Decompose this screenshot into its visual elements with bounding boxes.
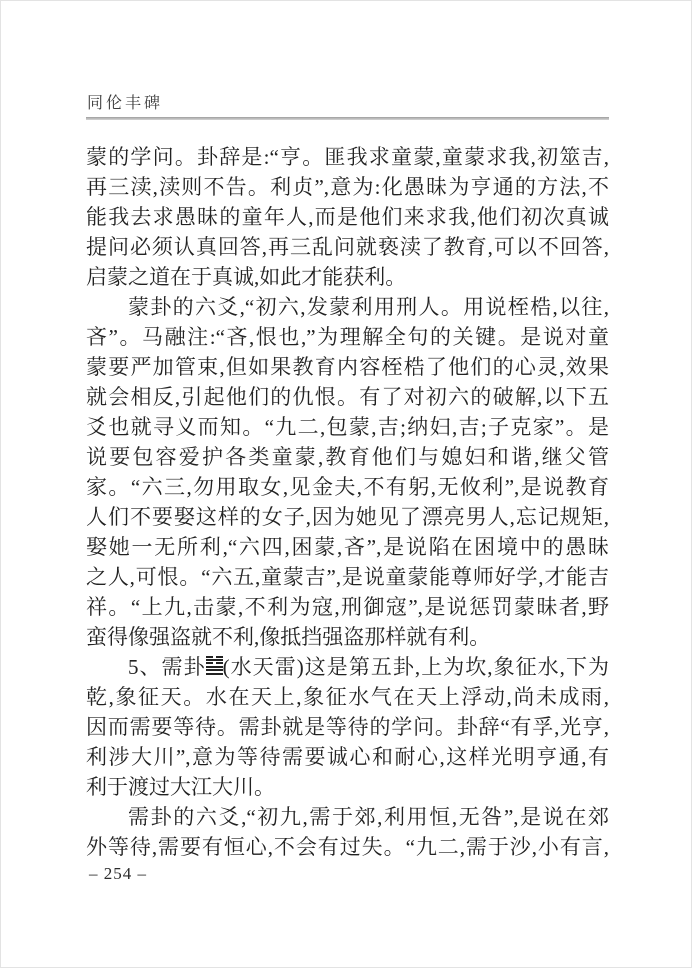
text-line: 启蒙之道在于真诚,如此才能获利。	[86, 262, 609, 292]
text-line: 人们不要娶这样的女子,因为她见了漂亮男人,忘记规矩,	[86, 502, 609, 532]
header-divider-rule	[86, 117, 609, 120]
text-line: 家。“六三,勿用取女,见金夫,不有躬,无攸利”,是说教育	[86, 472, 609, 502]
text-line: 吝”。马融注:“吝,恨也,”为理解全句的关键。是说对童	[86, 322, 609, 352]
text-line: 之人,可恨。“六五,童蒙吉”,是说童蒙能尊师好学,才能吉	[86, 562, 609, 592]
book-page: 同伦丰碑 蒙的学问。卦辞是:“亨。匪我求童蒙,童蒙求我,初筮吉,再三渎,渎则不告…	[0, 0, 692, 968]
text-line: 祥。“上九,击蒙,不利为寇,刑御寇”,是说惩罚蒙昧者,野	[86, 592, 609, 622]
text-line: 说要包容爱护各类童蒙,教育他们与媳妇和谐,继父管	[86, 442, 609, 472]
text-line: 蒙卦的六爻,“初六,发蒙利用刑人。用说桎梏,以往,	[86, 292, 609, 322]
text-line: 外等待,需要有恒心,不会有过失。“九二,需于沙,小有言,	[86, 832, 609, 862]
text-line: 蛮得像强盗就不利,像抵挡强盗那样就有利。	[86, 622, 609, 652]
text-line: 蒙要严加管束,但如果教育内容桎梏了他们的心灵,效果	[86, 352, 609, 382]
text-line: 爻也就寻义而知。“九二,包蒙,吉;纳妇,吉;子克家”。是	[86, 412, 609, 442]
text-line: 利于渡过大江大川。	[86, 772, 609, 802]
text-line: 提问必须认真回答,再三乱问就亵渎了教育,可以不回答,	[86, 232, 609, 262]
body-text: 蒙的学问。卦辞是:“亨。匪我求童蒙,童蒙求我,初筮吉,再三渎,渎则不告。利贞”,…	[86, 142, 609, 862]
text-line: 5、需卦(水天雷)这是第五卦,上为坎,象征水,下为	[86, 652, 609, 682]
text-line: 需卦的六爻,“初九,需于郊,利用恒,无咎”,是说在郊	[86, 802, 609, 832]
text-line: 蒙的学问。卦辞是:“亨。匪我求童蒙,童蒙求我,初筮吉,	[86, 142, 609, 172]
text-line: 乾,象征天。水在天上,象征水气在天上浮动,尚未成雨,	[86, 682, 609, 712]
page-number: – 254 –	[89, 863, 147, 885]
text-line: 因而需要等待。需卦就是等待的学问。卦辞“有孚,光亨,	[86, 712, 609, 742]
text-line: 能我去求愚昧的童年人,而是他们来求我,他们初次真诚	[86, 202, 609, 232]
text-line: 利涉大川”,意为等待需要诚心和耐心,这样光明亨通,有	[86, 742, 609, 772]
text-line: 再三渎,渎则不告。利贞”,意为:化愚昧为亨通的方法,不	[86, 172, 609, 202]
xu-hexagram-icon	[206, 654, 223, 676]
text-line: 就会相反,引起他们的仇恨。有了对初六的破解,以下五	[86, 382, 609, 412]
text-line: 娶她一无所利,“六四,困蒙,吝”,是说陷在困境中的愚昧	[86, 532, 609, 562]
running-header: 同伦丰碑	[87, 95, 163, 113]
